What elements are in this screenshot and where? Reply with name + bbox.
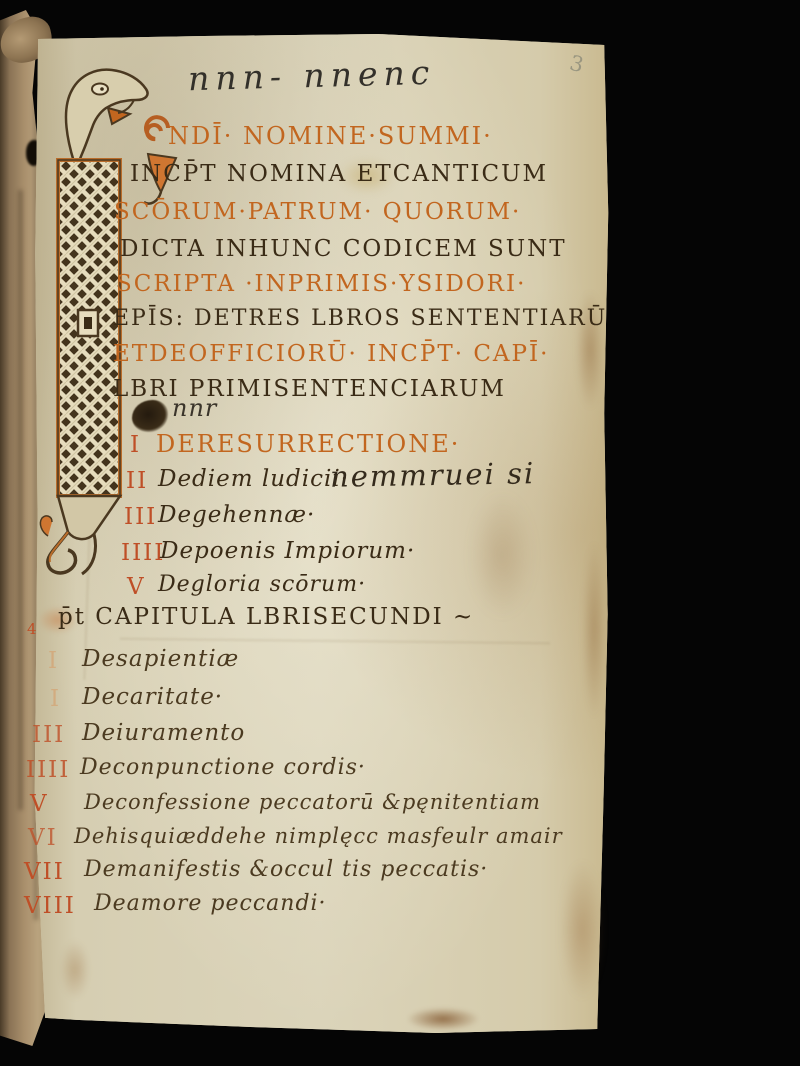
beast-head (66, 70, 147, 162)
book2-ch6-numeral: VI (28, 825, 58, 851)
book1-ch3-numeral: III (124, 504, 157, 530)
incipit-line-6: EPĪS: DETRES LBROS SENTENTIARŪ (113, 306, 607, 331)
book1-ch1-numeral: I (130, 432, 141, 458)
book2-ch5-numeral: V (30, 791, 49, 817)
incipit-line-3: SCŌRUM·PATRUM· QUORUM· (114, 199, 521, 225)
book1-ch5-numeral: V (127, 574, 146, 600)
book2-ch4-title: Deconpunctione cordis· (80, 755, 366, 780)
book2-ch7-title: Demanifestis &occul tis peccatis· (84, 857, 488, 882)
marginal-addition: nemmruei si (330, 456, 536, 494)
book2-ch1-numeral: I (48, 648, 59, 674)
book2-heading: p̄t CAPITULA LBRISECUNDI ~ (58, 604, 474, 630)
incipit-line-5: SCRIPTA ·INPRIMIS·YSIDORI· (116, 271, 526, 297)
book1-ch1-title: DERESURRECTIONE· (156, 430, 460, 458)
book2-ch2-numeral: I (50, 686, 61, 712)
book1-ch2-title: Dediem ludicii· (158, 466, 349, 492)
book2-margin-mark: 4 (27, 620, 37, 638)
book1-ch2-numeral: II (126, 468, 148, 494)
book2-ch2-title: Decaritate· (82, 684, 223, 710)
book1-ch4-numeral: IIII (121, 540, 165, 566)
book1-ch4-title: Depoenis Impiorum· (160, 538, 415, 564)
book2-ch8-numeral: VIII (24, 893, 76, 919)
book2-ch3-numeral: III (32, 722, 65, 748)
spiral-flourish (146, 117, 168, 139)
pen-trials-top: nnn- nnenc (188, 53, 436, 98)
book2-ch6-title: Dehisquiæddehe nimplęcc masfeulr amair (74, 824, 563, 848)
book2-ch7-numeral: VII (24, 859, 65, 885)
incipit-line-2: INCP̄T NOMINA ETCANTICUM (130, 161, 548, 187)
incipit-line-1: NDĪ· NOMINE·SUMMI· (168, 122, 493, 150)
book2-ch4-numeral: IIII (26, 757, 70, 783)
book2-ch5-title: Deconfessione peccatorū &pęnitentiam (84, 790, 541, 814)
book2-ch1-title: Desapientiæ (82, 646, 239, 672)
incipit-line-4: DICTA INHUNC CODICEM SUNT (120, 236, 567, 262)
book1-ch5-title: Degloria scōrum· (158, 572, 366, 597)
book1-ch3-title: Degehennæ· (158, 502, 315, 528)
manuscript-photo: nnn- nnenc 3 NDĪ· NOMINE·SUMMI· INCP̄T N… (0, 0, 800, 1066)
book2-ch3-title: Deiuramento (82, 720, 245, 746)
spine-streak (18, 190, 23, 810)
book2-ch8-title: Deamore peccandi· (94, 891, 327, 916)
pen-trial-middle: nnr (172, 394, 217, 422)
incipit-line-7: ETDEOFFICIORŪ· INCP̄T· CAPĪ· (113, 341, 549, 367)
